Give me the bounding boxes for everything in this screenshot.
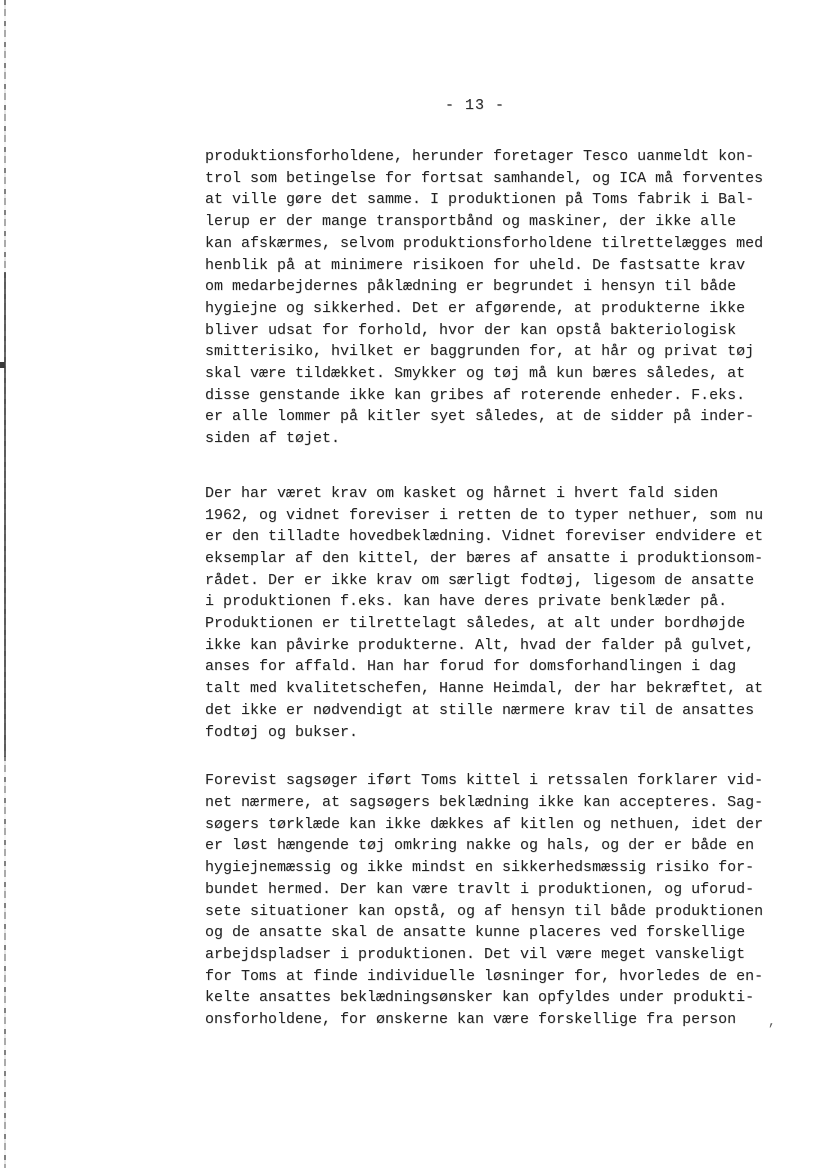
scan-speck-artifact: , xyxy=(768,1014,776,1029)
page-number: - 13 - xyxy=(205,97,745,114)
paragraph-3: Forevist sagsøger iført Toms kittel i re… xyxy=(205,770,773,1030)
paragraph-1: produktionsforholdene, herunder foretage… xyxy=(205,146,773,450)
document-body: produktionsforholdene, herunder foretage… xyxy=(205,146,773,1031)
paragraph-2: Der har været krav om kasket og hårnet i… xyxy=(205,483,773,743)
document-page: - 13 - produktionsforholdene, herunder f… xyxy=(0,0,825,1168)
scan-blob-artifact xyxy=(0,362,5,368)
scan-edge-artifact-solid xyxy=(4,272,6,757)
